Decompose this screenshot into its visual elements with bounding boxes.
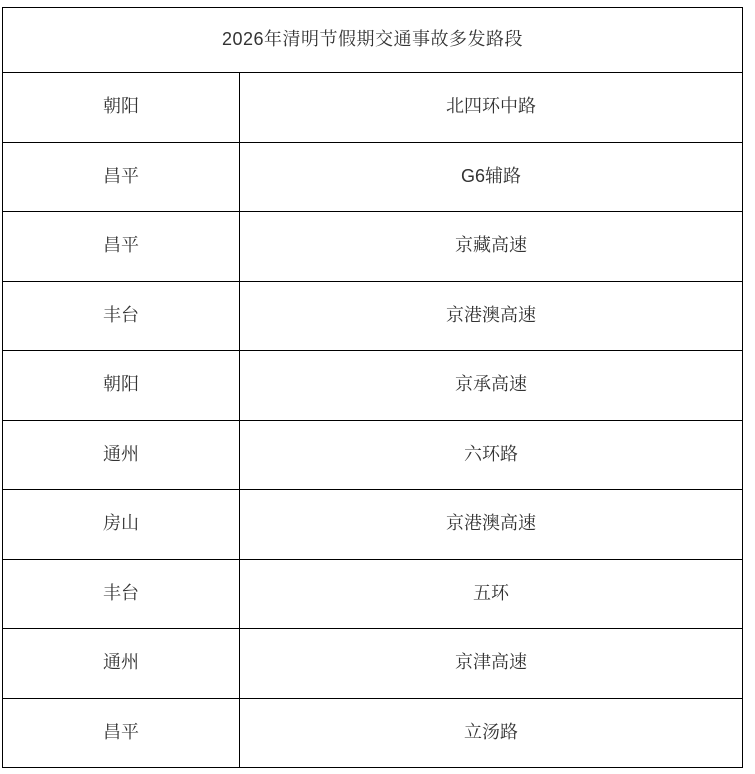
district-cell: 丰台 bbox=[3, 281, 240, 351]
district-cell: 丰台 bbox=[3, 559, 240, 629]
table-row: 朝阳 京承高速 bbox=[3, 351, 743, 421]
table-title: 2026年清明节假期交通事故多发路段 bbox=[3, 8, 743, 73]
table-row: 朝阳 北四环中路 bbox=[3, 73, 743, 143]
district-cell: 朝阳 bbox=[3, 73, 240, 143]
accident-table: 2026年清明节假期交通事故多发路段 朝阳 北四环中路 昌平 G6辅路 昌平 京… bbox=[2, 7, 743, 768]
table-row: 昌平 G6辅路 bbox=[3, 142, 743, 212]
table-row: 昌平 京藏高速 bbox=[3, 212, 743, 282]
road-cell: 京藏高速 bbox=[240, 212, 743, 282]
district-cell: 昌平 bbox=[3, 212, 240, 282]
table-row: 昌平 立汤路 bbox=[3, 698, 743, 768]
road-cell: 京港澳高速 bbox=[240, 490, 743, 560]
table-row: 通州 京津高速 bbox=[3, 629, 743, 699]
table-row: 丰台 京港澳高速 bbox=[3, 281, 743, 351]
road-cell: 京港澳高速 bbox=[240, 281, 743, 351]
road-cell: 京承高速 bbox=[240, 351, 743, 421]
road-cell: 立汤路 bbox=[240, 698, 743, 768]
district-cell: 朝阳 bbox=[3, 351, 240, 421]
road-cell: 北四环中路 bbox=[240, 73, 743, 143]
district-cell: 昌平 bbox=[3, 142, 240, 212]
road-cell: 京津高速 bbox=[240, 629, 743, 699]
table-row: 丰台 五环 bbox=[3, 559, 743, 629]
district-cell: 房山 bbox=[3, 490, 240, 560]
road-cell: 六环路 bbox=[240, 420, 743, 490]
district-cell: 通州 bbox=[3, 629, 240, 699]
table-title-row: 2026年清明节假期交通事故多发路段 bbox=[3, 8, 743, 73]
road-cell: G6辅路 bbox=[240, 142, 743, 212]
road-cell: 五环 bbox=[240, 559, 743, 629]
district-cell: 昌平 bbox=[3, 698, 240, 768]
table-row: 房山 京港澳高速 bbox=[3, 490, 743, 560]
table-row: 通州 六环路 bbox=[3, 420, 743, 490]
district-cell: 通州 bbox=[3, 420, 240, 490]
page: 2026年清明节假期交通事故多发路段 朝阳 北四环中路 昌平 G6辅路 昌平 京… bbox=[0, 0, 755, 774]
